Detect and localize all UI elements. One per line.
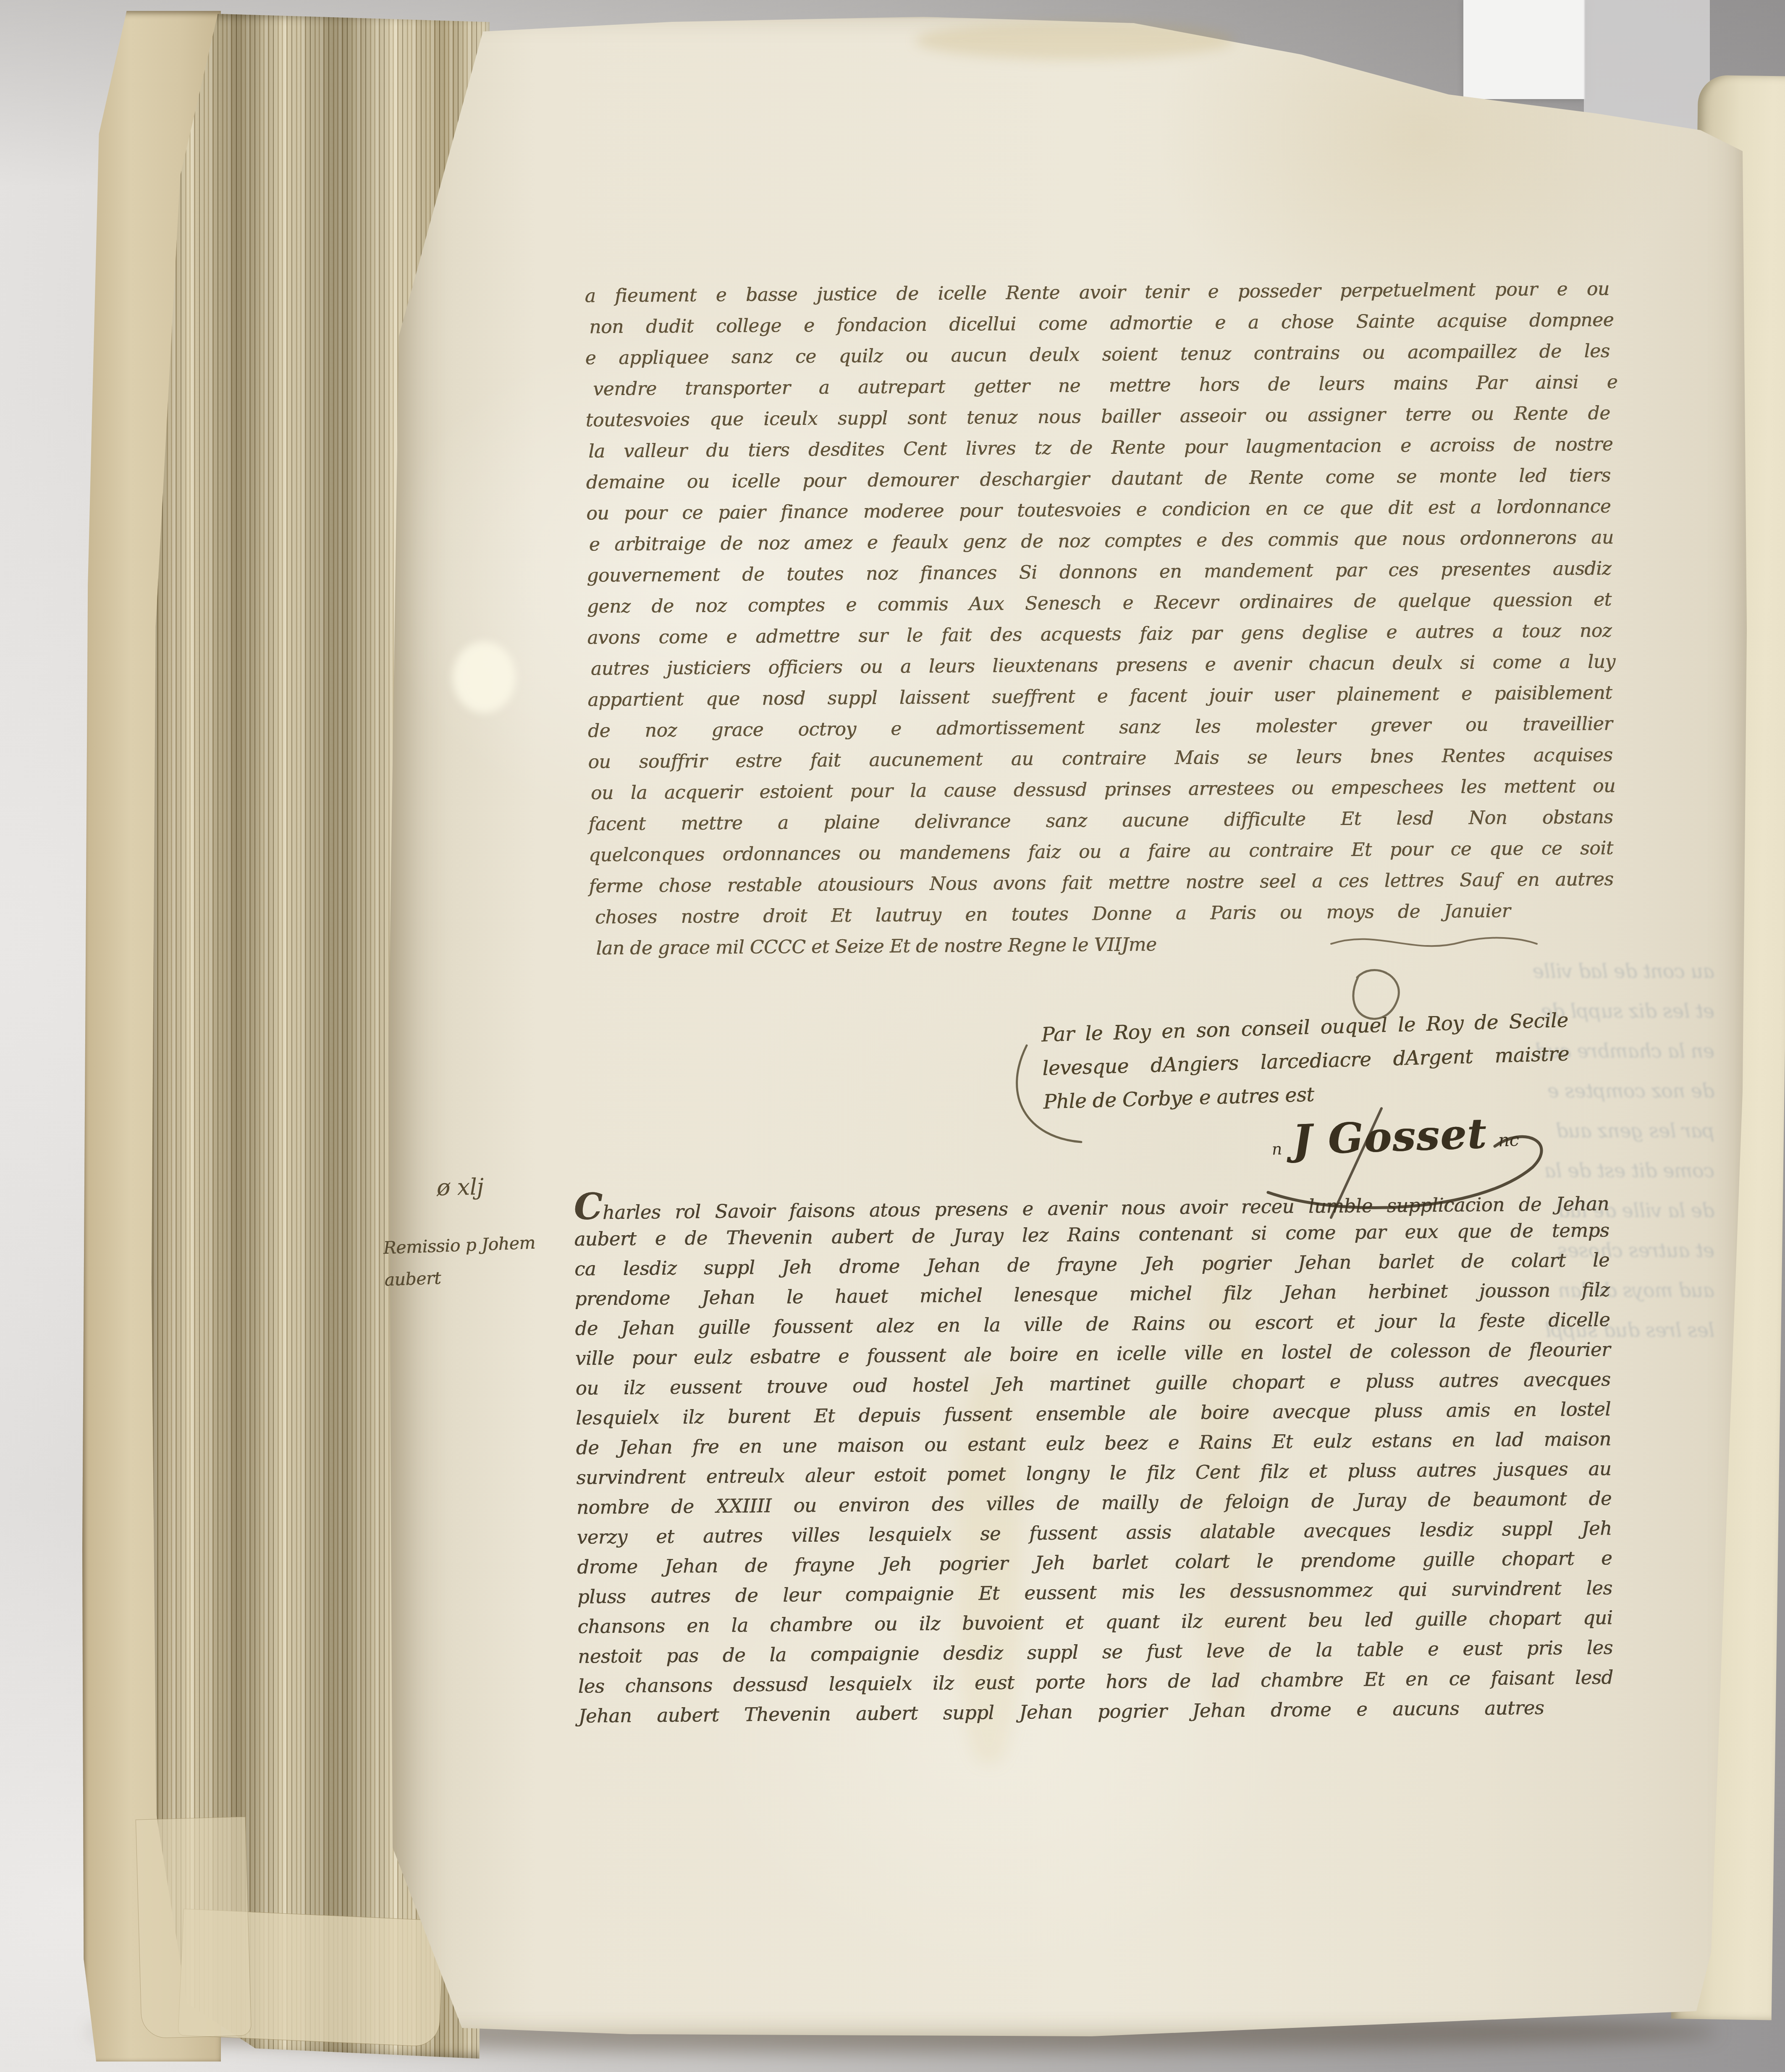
manuscript-photo: au cont de lad ville et les diz suppl de… — [0, 0, 1785, 2072]
entry-mark-symbol: ø — [436, 1174, 450, 1201]
margin-entry-number: ø xlj — [436, 1174, 484, 1201]
manuscript-line: lan de grace mil CCCC et Seize Et de nos… — [589, 928, 1335, 964]
margin-note-remissio: Remissio p Johem aubert — [383, 1227, 537, 1296]
backdrop-white-card — [1463, 0, 1585, 99]
entry-number-roman: xlj — [457, 1174, 484, 1200]
fanned-page-corner — [136, 1816, 252, 2038]
chancery-subscription: Par le Roy en son conseil ouquel le Roy … — [1041, 1004, 1570, 1119]
signature-prefix: n — [1271, 1139, 1282, 1165]
text-block-royal-letter: a fieument e basse justice de icelle Ren… — [585, 274, 1614, 964]
manuscript-line: choses nostre droit Et lautruy en toutes… — [589, 896, 1510, 933]
clerk-signature: n J Gosset nc — [1271, 1108, 1520, 1165]
backdrop-gray-card — [1584, 0, 1710, 134]
signature-suffix: nc — [1498, 1129, 1520, 1158]
margin-note-line: Remissio p Johem — [383, 1227, 535, 1264]
signature-name: J Gosset — [1292, 1109, 1488, 1164]
text-block-remission-letter: Charles rol Savoir faisons atous presens… — [574, 1185, 1613, 1731]
margin-note-line: aubert — [384, 1259, 537, 1296]
